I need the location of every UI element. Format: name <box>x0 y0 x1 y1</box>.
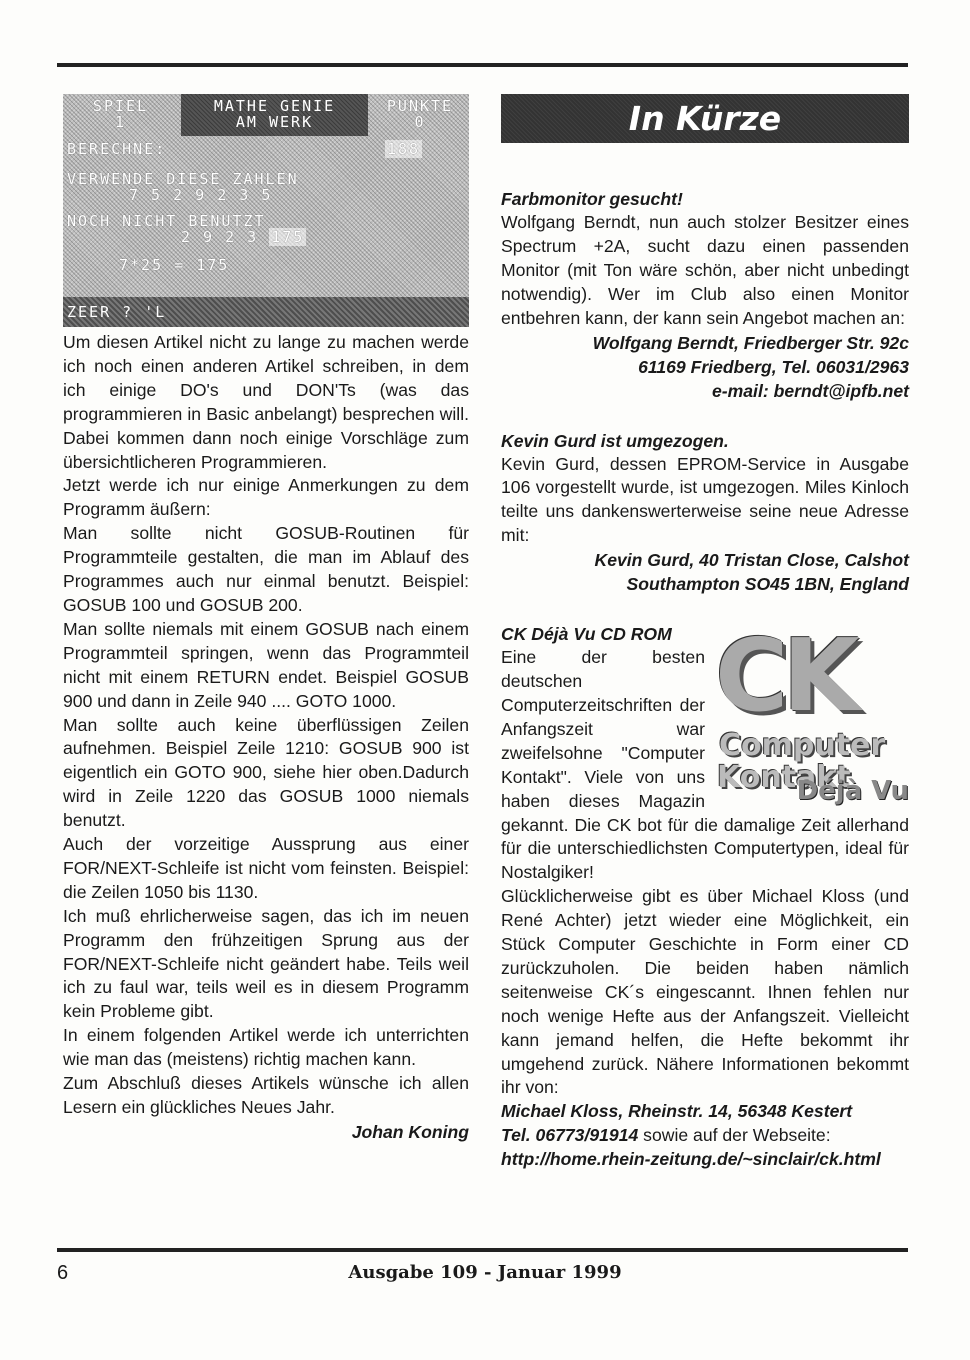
contact-phone: Tel. 06773/91914 <box>501 1125 638 1145</box>
game-screenshot: SPIEL 1 MATHE GENIE AM WERK PUNKTE 0 BER… <box>63 94 469 327</box>
article-author: Johan Koning <box>63 1120 469 1144</box>
top-rule <box>57 63 908 67</box>
address-line: Kevin Gurd, 40 Tristan Close, Calshot <box>501 548 909 572</box>
paragraph: Auch der vorzeitige Aussprung aus einer … <box>63 833 469 905</box>
screen-footer: ZEER ? 'L <box>63 297 469 327</box>
address-line: 61169 Friedberg, Tel. 06031/2963 <box>501 355 909 379</box>
website-link[interactable]: http://home.rhein-zeitung.de/~sinclair/c… <box>501 1149 881 1169</box>
screen-numbers-remaining: 2 9 2 3 175 <box>181 228 306 246</box>
paragraph: Man sollte niemals mit einem GOSUB nach … <box>63 618 469 714</box>
news-item-ck-deja-vu: CK Computer Kontakt Déjà Vu CK Déjà Vu C… <box>501 622 909 1172</box>
paragraph: Ich muß ehrlicherweise sagen, das ich im… <box>63 905 469 1025</box>
contact-line: Michael Kloss, Rheinstr. 14, 56348 Keste… <box>501 1100 909 1172</box>
ck-deja-vu-logo: CK Computer Kontakt Déjà Vu <box>713 626 909 808</box>
address-line: Wolfgang Berndt, Friedberger Str. 92c <box>501 331 909 355</box>
paragraph: Zum Abschluß dieses Artikels wünsche ich… <box>63 1072 469 1120</box>
article-body: Um diesen Artikel nicht zu lange zu mach… <box>63 331 469 1120</box>
paragraph: Jetzt werde ich nur einige Anmerkungen z… <box>63 474 469 522</box>
right-column: In Kürze Farbmonitor gesucht! Wolfgang B… <box>501 94 909 1186</box>
screen-header-title: MATHE GENIE AM WERK <box>181 94 368 136</box>
news-body: Wolfgang Berndt, nun auch stolzer Besitz… <box>501 211 909 331</box>
screen-equation: 7*25 = 175 <box>119 256 229 274</box>
screen-header-spiel: SPIEL 1 <box>63 94 178 136</box>
bottom-rule <box>57 1248 908 1252</box>
news-title: Kevin Gurd ist umgezogen. <box>501 429 909 453</box>
contact-address: Michael Kloss, Rheinstr. 14, 56348 Keste… <box>501 1101 852 1121</box>
address-line: Southampton SO45 1BN, England <box>501 572 909 596</box>
news-body: Glücklicherweise gibt es über Michael Kl… <box>501 885 909 1100</box>
screen-numbers-all: 7 5 2 9 2 3 5 <box>129 186 272 204</box>
email-link[interactable]: e-mail: berndt@ipfb.net <box>501 379 909 403</box>
paragraph: Um diesen Artikel nicht zu lange zu mach… <box>63 331 469 474</box>
screen-header-punkte: PUNKTE 0 <box>371 94 469 136</box>
left-column: SPIEL 1 MATHE GENIE AM WERK PUNKTE 0 BER… <box>63 94 469 1144</box>
news-item-farbmonitor: Farbmonitor gesucht! Wolfgang Berndt, nu… <box>501 187 909 403</box>
news-title: Farbmonitor gesucht! <box>501 187 909 211</box>
news-body: Kevin Gurd, dessen EPROM-Service in Ausg… <box>501 453 909 549</box>
section-banner: In Kürze <box>501 94 909 143</box>
paragraph: Man sollte auch keine überflüssigen Zeil… <box>63 714 469 834</box>
screen-berechne: BERECHNE: <box>67 140 166 158</box>
paragraph: In einem folgenden Artikel werde ich unt… <box>63 1024 469 1072</box>
issue-footer: Ausgabe 109 - Januar 1999 <box>0 1262 970 1283</box>
news-item-kevin-gurd: Kevin Gurd ist umgezogen. Kevin Gurd, de… <box>501 429 909 597</box>
paragraph: Man sollte nicht GOSUB-Routinen für Prog… <box>63 522 469 618</box>
screen-target: 188 <box>385 140 422 158</box>
